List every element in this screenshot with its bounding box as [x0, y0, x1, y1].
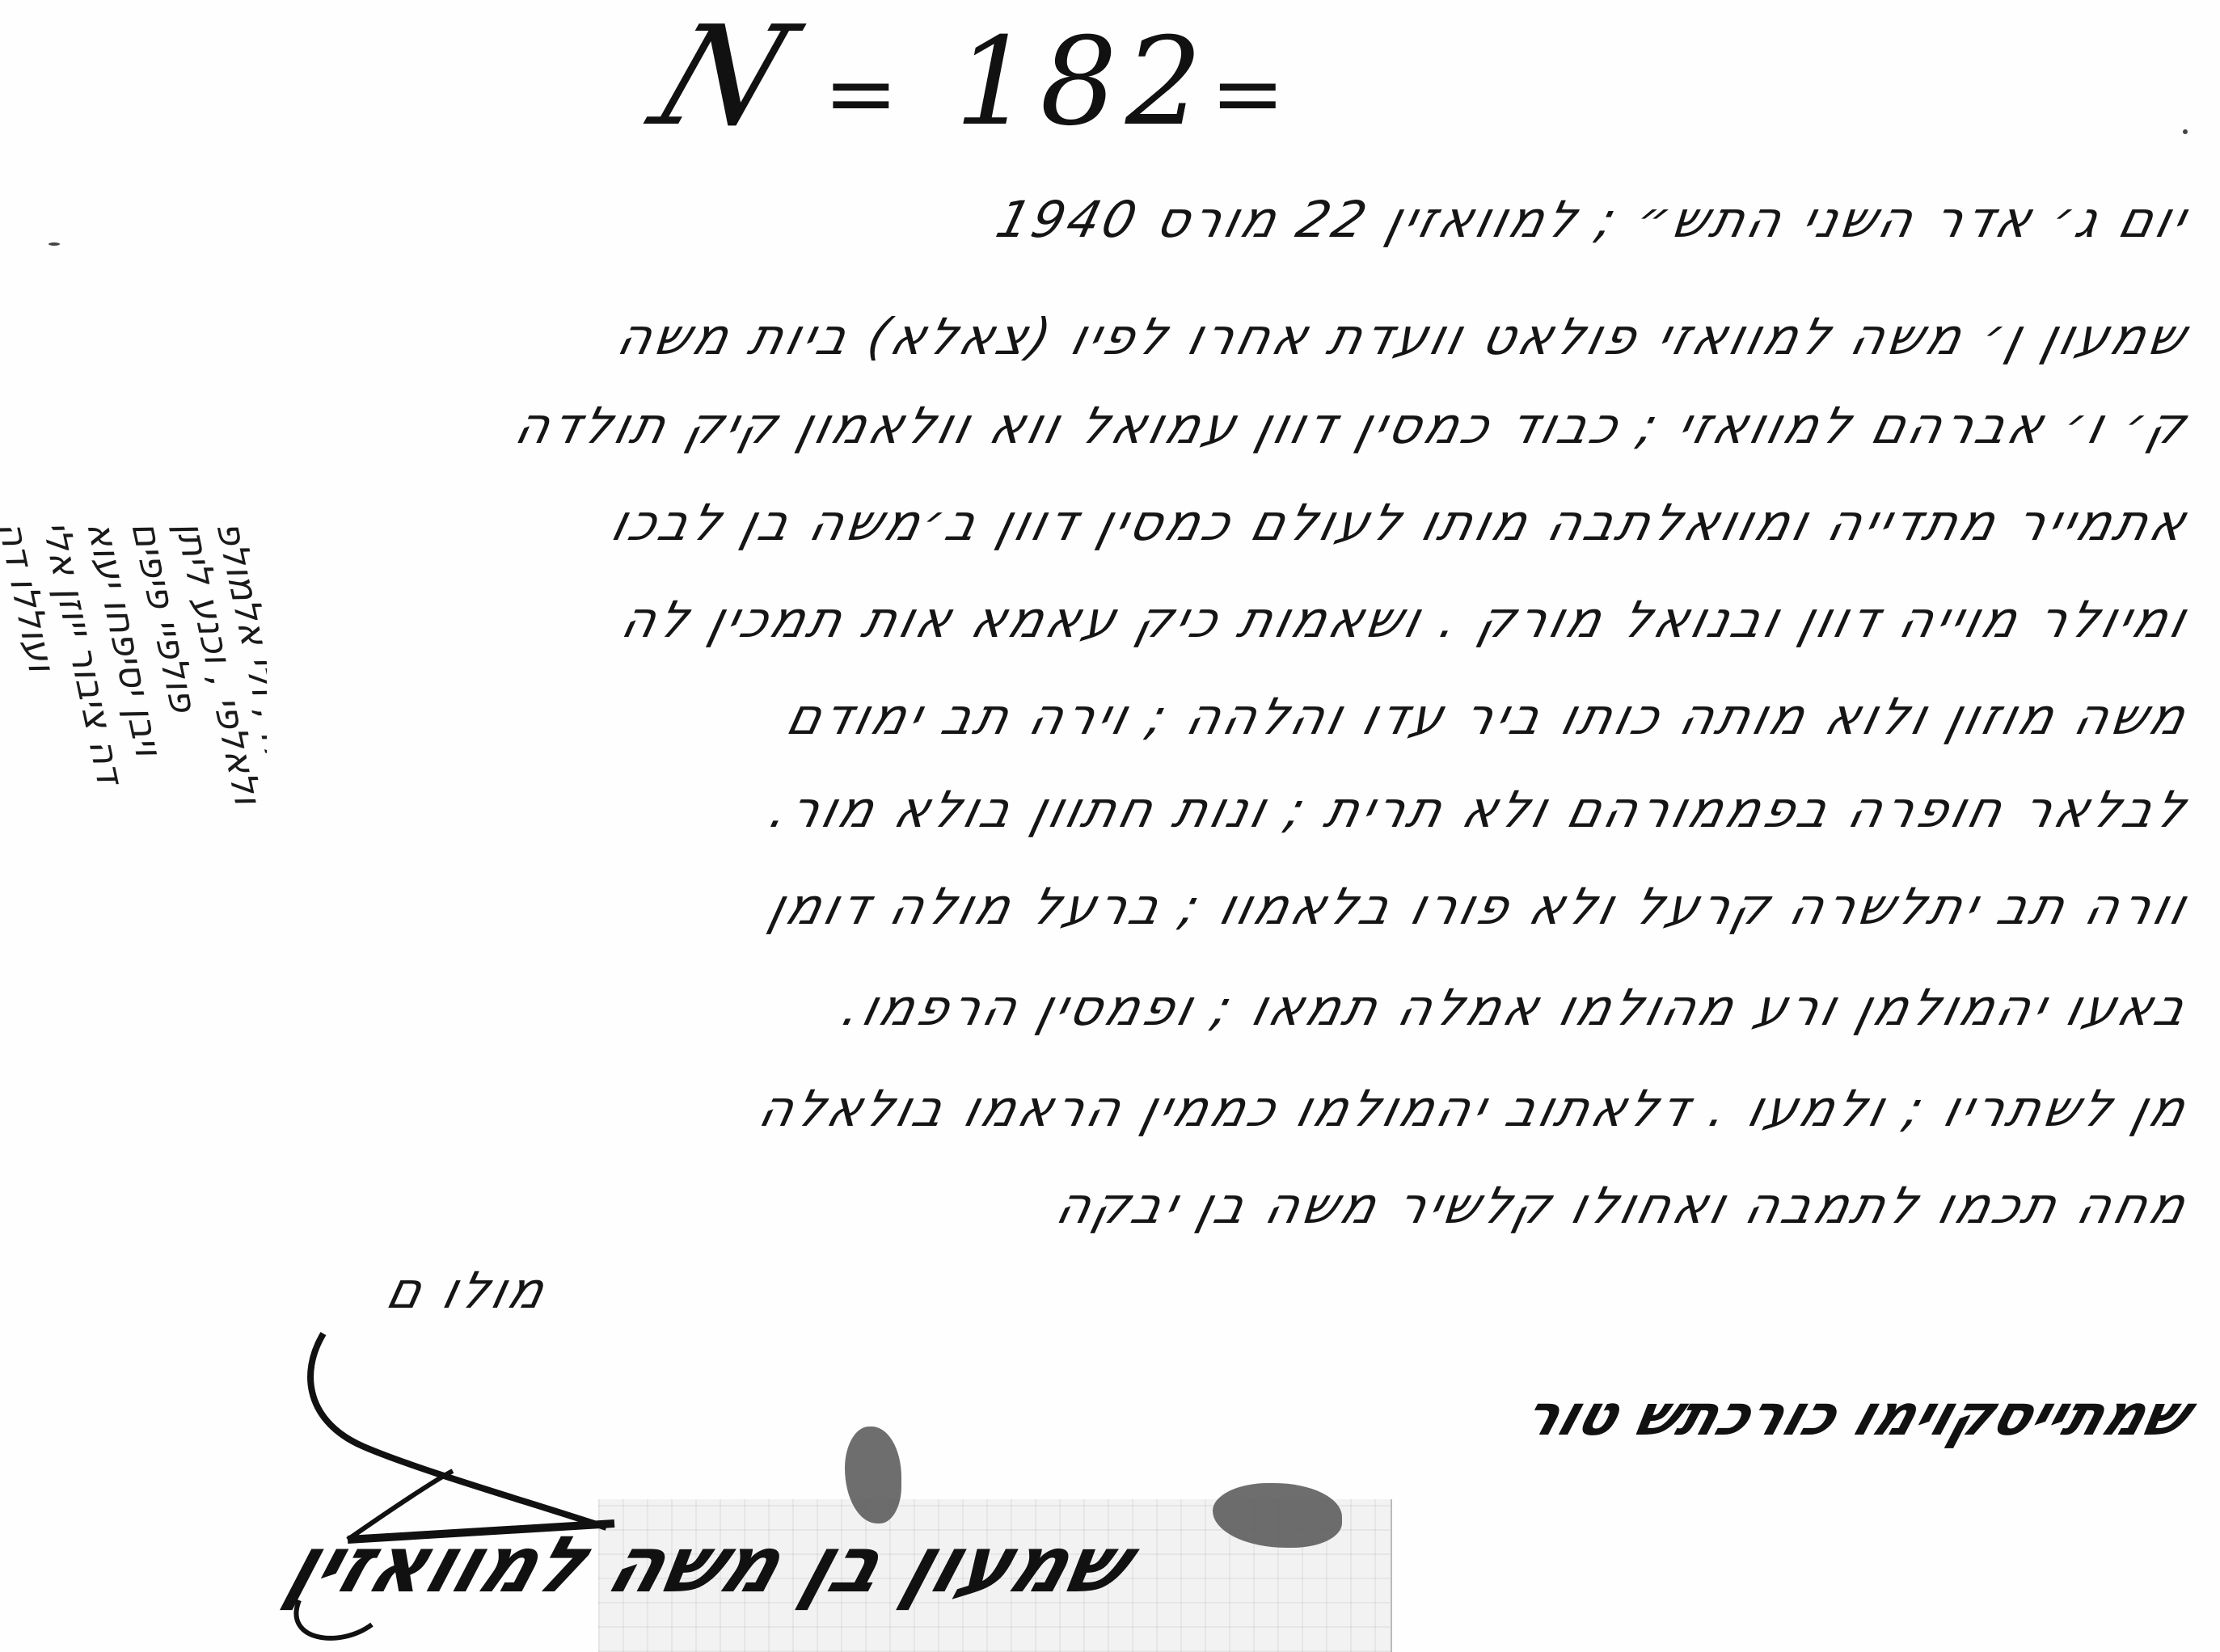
document-page: N=182= יום ג׳ אדר השני התש״ ; למוואזין 2…	[0, 0, 2220, 1652]
text-line-9: באעו יהמולמן ורע מהולמו אמלה תמאו ; ופמס…	[200, 978, 2195, 1037]
text-line-6: משה מוזון ולוא מותה כותו ביר עדו והלהה ;…	[159, 687, 2195, 746]
signature-right: שמתייסקוימו כורכתש טור	[1515, 1382, 2198, 1448]
text-line-10: מן לשתריו ; ולמעו . דלאתוב יהמולמו כממין…	[78, 1079, 2195, 1138]
text-line-1: יום ג׳ אדר השני התש״ ; למוואזין 22 מורס …	[418, 190, 2195, 249]
text-line-4: אתמייר מתדייה ומוואלתבה מותו לעולם כמסין…	[0, 493, 2195, 552]
document-number-header: N=182=	[663, 8, 1341, 145]
text-line-7: לבלאר חופרה בפממורהם ולא תרית ; ונות חתו…	[159, 780, 2195, 839]
margin-notes: וולו , ולי אלמולפ ולאלפי , וכנע ליתן פול…	[0, 517, 267, 1652]
ink-speck	[2183, 129, 2188, 134]
signature-bottom: שמעון בן משה למוואזין	[276, 1519, 1142, 1610]
text-line-5: ומיולר מוייה דוון ובנואל מורק . ושאמות כ…	[0, 590, 2195, 649]
number-symbol: N	[638, 8, 817, 145]
number-suffix: =	[1210, 41, 1293, 145]
document-number: 182	[955, 12, 1210, 153]
ink-speck	[49, 242, 60, 246]
text-line-12: מולו ם	[381, 1261, 554, 1320]
text-line-2: שמעון ן׳ משה למוואזי פולאט וועדת אחרו לפ…	[0, 307, 2195, 366]
text-line-11: מחה תכמו לתמבה ואחולו קלשיר משה בן יבקה	[78, 1176, 2195, 1235]
text-line-3: ק׳ ו׳ אברהם למוואזי ; כבוד כמסין דוון עמ…	[0, 396, 2195, 455]
text-line-8: וורה תב יתלשרה קרעל ולא פורו בלאמוו ; בר…	[200, 877, 2195, 936]
number-separator: =	[824, 41, 906, 145]
